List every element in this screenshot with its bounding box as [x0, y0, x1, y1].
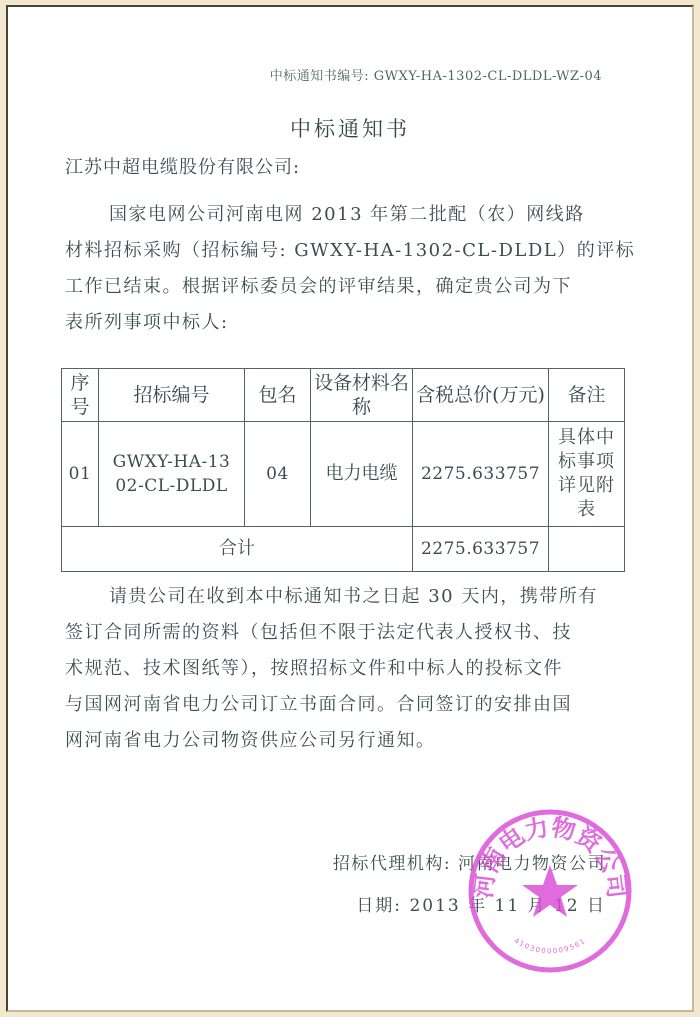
table-total-row: 合计 2275.633757 [62, 527, 625, 572]
notice-number-value: GWXY-HA-1302-CL-DLDL-WZ-04 [374, 69, 602, 84]
paragraph-evaluation-result: 国家电网公司河南电网 2013 年第二批配（农）网线路 材料招标采购（招标编号:… [65, 197, 620, 341]
header-package: 包名 [245, 369, 311, 422]
paragraph-line: 签订合同所需的资料（包括但不限于法定代表人授权书、技 [65, 615, 620, 651]
paragraph-line: 网河南省电力公司物资供应公司另行通知。 [65, 723, 620, 759]
document-frame: 中标通知书编号: GWXY-HA-1302-CL-DLDL-WZ-04 中标通知… [0, 0, 700, 1017]
seal-code: 4103000009561 [512, 937, 587, 956]
header-tender-no: 招标编号 [99, 369, 245, 422]
cell-remark: 具体中标事项详见附表 [549, 422, 625, 527]
cell-tender-no: GWXY-HA-1302-CL-DLDL [99, 422, 245, 527]
paragraph-line: 表所列事项中标人: [65, 305, 620, 341]
cell-package: 04 [245, 422, 311, 527]
paragraph-contract-instructions: 请贵公司在收到本中标通知书之日起 30 天内，携带所有 签订合同所需的资料（包括… [65, 579, 620, 759]
paragraph-line: 国家电网公司河南电网 2013 年第二批配（农）网线路 [65, 197, 620, 233]
paragraph-line: 请贵公司在收到本中标通知书之日起 30 天内，携带所有 [65, 579, 620, 615]
header-seq: 序号 [62, 369, 99, 422]
svg-text:4103000009561: 4103000009561 [512, 937, 587, 956]
header-remark: 备注 [549, 369, 625, 422]
addressee: 江苏中超电缆股份有限公司: [65, 153, 300, 179]
document-title: 中标通知书 [8, 113, 692, 143]
table-header-row: 序号 招标编号 包名 设备材料名称 含税总价(万元) 备注 [62, 369, 625, 422]
paragraph-line: 工作已结束。根据评标委员会的评审结果，确定贵公司为下 [65, 269, 620, 305]
notice-number: 中标通知书编号: GWXY-HA-1302-CL-DLDL-WZ-04 [270, 65, 602, 84]
total-label: 合计 [62, 527, 413, 572]
table-row: 01 GWXY-HA-1302-CL-DLDL 04 电力电缆 2275.633… [62, 422, 625, 527]
header-material: 设备材料名称 [311, 369, 413, 422]
notice-number-label: 中标通知书编号: [270, 69, 369, 84]
paragraph-line: 材料招标采购（招标编号: GWXY-HA-1302-CL-DLDL）的评标 [65, 233, 620, 269]
paragraph-line: 与国网河南省电力公司订立书面合同。合同签订的安排由国 [65, 687, 620, 723]
total-value: 2275.633757 [413, 527, 549, 572]
award-table: 序号 招标编号 包名 设备材料名称 含税总价(万元) 备注 01 GWXY-HA… [61, 368, 625, 572]
agent-label: 招标代理机构: [333, 854, 451, 874]
cell-seq: 01 [62, 422, 99, 527]
header-price: 含税总价(万元) [413, 369, 549, 422]
total-remark-empty [549, 527, 625, 572]
paragraph-line: 术规范、技术图纸等），按照招标文件和中标人的投标文件 [65, 651, 620, 687]
cell-price: 2275.633757 [413, 422, 549, 527]
document-page: 中标通知书编号: GWXY-HA-1302-CL-DLDL-WZ-04 中标通知… [6, 5, 694, 1012]
date-label: 日期: [356, 896, 402, 916]
official-seal-icon: 河南电力物资公司 4103000009561 [466, 807, 634, 975]
cell-material: 电力电缆 [311, 422, 413, 527]
